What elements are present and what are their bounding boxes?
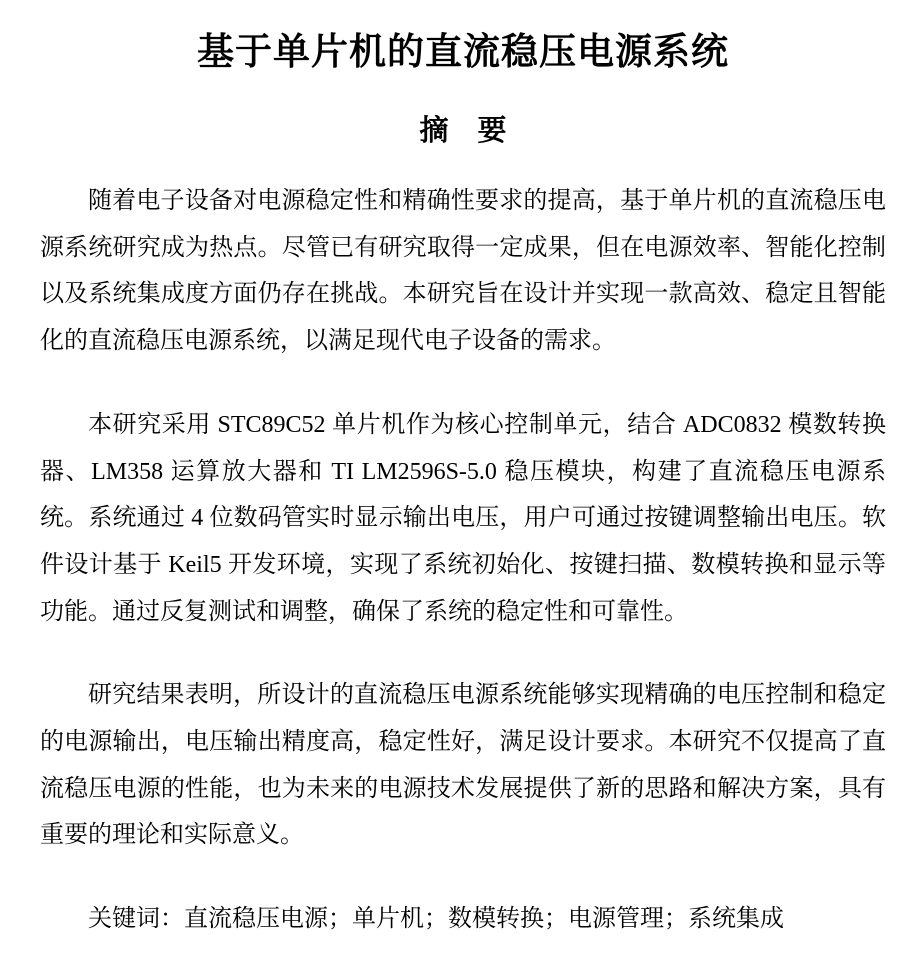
- keywords-line: 关键词：直流稳压电源；单片机；数模转换；电源管理；系统集成: [40, 896, 886, 943]
- document-page: 基于单片机的直流稳压电源系统 摘 要 随着电子设备对电源稳定性和精确性要求的提高…: [0, 0, 922, 972]
- abstract-paragraph-1: 随着电子设备对电源稳定性和精确性要求的提高，基于单片机的直流稳压电源系统研究成为…: [40, 178, 886, 365]
- abstract-heading: 摘 要: [40, 114, 886, 148]
- document-title: 基于单片机的直流稳压电源系统: [40, 26, 886, 78]
- abstract-paragraph-3: 研究结果表明，所设计的直流稳压电源系统能够实现精确的电压控制和稳定的电源输出，电…: [40, 672, 886, 859]
- abstract-paragraph-2: 本研究采用 STC89C52 单片机作为核心控制单元，结合 ADC0832 模数…: [40, 402, 886, 636]
